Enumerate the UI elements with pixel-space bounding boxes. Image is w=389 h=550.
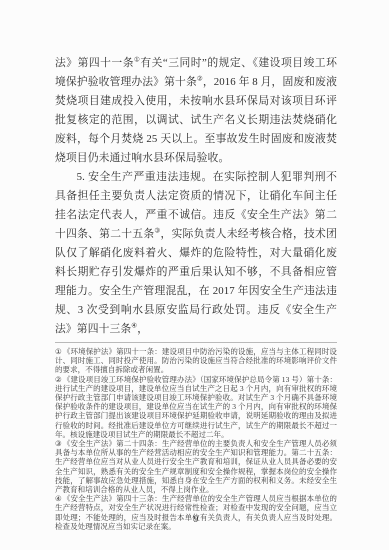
footnote-item: ②《建设项目竣工环境保护验收管理办法》（国家环境保护总局令第 13 号）第十条：… [55,375,337,439]
text-segment: ，2016 年 8 月，固废和废液焚烧项目建成投入使用，未按响水县环保局对该项目… [55,76,337,164]
footnotes: ①《环境保护法》第四十一条：建设项目中防治污染的设施，应当与主体工程同时设计、同… [55,347,337,531]
paragraph: 5. 安全生产严重违法违规。在实际控制人犯罪判刑不具备担任主要负责人法定资质的情… [55,168,337,339]
document-page: 法》第四十一条①有关“三同时”的规定、《建设项目竣工环境保护验收管理办法》第十条… [0,0,389,550]
footnote-text: 《安全生产法》第四十三条：生产经营单位的安全生产管理人员应当根据本单位的生产经营… [55,494,337,531]
footnote-marker: ① [55,347,62,356]
paragraph: 法》第四十一条①有关“三同时”的规定、《建设项目竣工环境保护验收管理办法》第十条… [55,54,337,168]
footnote-marker: ② [55,375,62,384]
footnote-separator [55,342,337,343]
footnote-item: ③《安全生产法》第二十四条：生产经营单位的主要负责人和安全生产管理人员必须具备与… [55,439,337,494]
page-number: 9 [55,514,337,524]
footnote-item: ④《安全生产法》第四十三条：生产经营单位的安全生产管理人员应当根据本单位的生产经… [55,494,337,531]
footnote-text: 《建设项目竣工环境保护验收管理办法》（国家环境保护总局令第 13 号）第十条：进… [55,375,337,439]
footnote-text: 《安全生产法》第二十四条：生产经营单位的主要负责人和安全生产管理人员必须具备与本… [55,439,337,494]
text-segment: ， [137,323,148,335]
footnote-marker: ③ [55,439,62,448]
footnote-text: 《环境保护法》第四十一条：建设项目中防治污染的设施，应当与主体工程同时设计、同时… [55,347,337,374]
text-segment: ，实际负责人未经考核合格，技术团队仅了解硝化废料着火、爆炸的危险特性，对大量硝化… [55,228,337,335]
footnote-item: ①《环境保护法》第四十一条：建设项目中防治污染的设施，应当与主体工程同时设计、同… [55,347,337,375]
text-segment: 法》第四十一条 [55,57,134,69]
footnote-marker: ④ [55,494,62,503]
main-text: 法》第四十一条①有关“三同时”的规定、《建设项目竣工环境保护验收管理办法》第十条… [55,54,337,339]
